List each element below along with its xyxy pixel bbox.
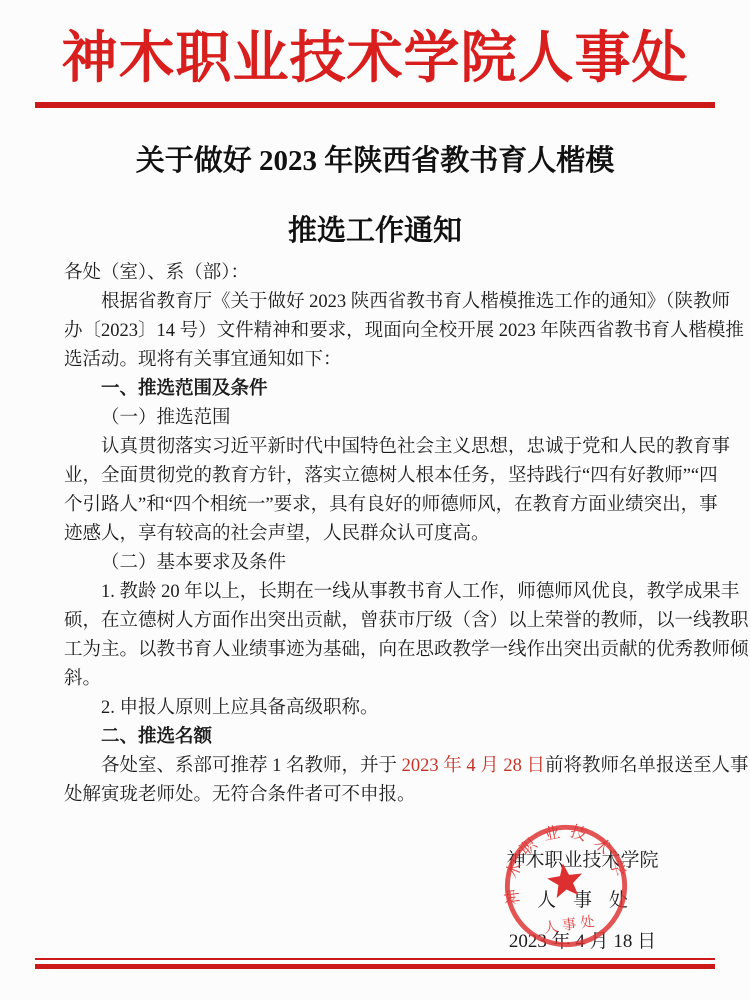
body-line: 业，全面贯彻党的教育方针，落实立德树人根本任务，坚持践行“四有好教师”“四 [64,462,750,491]
signature-org: 神木职业技术学院 [470,845,695,872]
red-separator-bottom-thick [35,964,715,969]
body-line: 工为主。以教书育人业绩事迹为基础，向在思政教学一线作出突出贡献的优秀教师倾 [64,636,750,665]
body-line: 硕，在立德树人方面作出突出贡献，曾获市厅级（含）以上荣誉的教师，以一线教职 [64,607,750,636]
body-line: 认真贯彻落实习近平新时代中国特色社会主义思想，忠诚于党和人民的教育事 [64,433,750,462]
red-separator-top [35,102,715,108]
body-text-segment: 前将教师名单报送至人事 [545,756,749,776]
document-title-line2: 推选工作通知 [0,208,750,249]
body-line: （一）推选范围 [64,404,750,433]
body-line: 处解寅珑老师处。无符合条件者可不申报。 [64,781,750,810]
body-line: 斜。 [64,665,750,694]
body-line: 选活动。现将有关事宜通知如下： [64,346,750,375]
body-line: 迹感人，享有较高的社会声望，人民群众认可度高。 [64,520,750,549]
red-separator-bottom-thin [35,958,715,960]
deadline-date-highlight: 2023 年 4 月 28 日 [402,756,545,776]
body-line: 个引路人”和“四个相统一”要求，具有良好的师德师风，在教育方面业绩突出，事 [64,491,750,520]
body-line: 各处室、系部可推荐 1 名教师，并于 2023 年 4 月 28 日前将教师名单… [64,752,750,781]
body-line: 一、推选范围及条件 [64,375,750,404]
signature-dept: 人事处 [470,885,695,912]
document-title-line1: 关于做好 2023 年陕西省教书育人楷模 [0,138,750,179]
body-text-segment: 各处室、系部可推荐 1 名教师，并于 [101,756,402,776]
body-line: 2. 申报人原则上应具备高级职称。 [64,694,750,723]
body-line: 1. 教龄 20 年以上，长期在一线从事教书育人工作，师德师风优良，教学成果丰 [64,578,750,607]
signature-block: 神木职业技术学院 人事处 2023 年 4 月 18 日 [470,845,695,953]
document-page: 神木职业技术学院人事处 关于做好 2023 年陕西省教书育人楷模 推选工作通知 … [0,0,750,1000]
body-line: （二）基本要求及条件 [64,549,750,578]
document-body: 各处（室）、系（部）：根据省教育厅《关于做好 2023 陕西省教书育人楷模推选工… [64,259,750,810]
body-line: 办〔2023〕14 号）文件精神和要求，现面向全校开展 2023 年陕西省教书育… [64,317,750,346]
body-line: 根据省教育厅《关于做好 2023 陕西省教书育人楷模推选工作的通知》（陕教师 [64,288,750,317]
body-line: 二、推选名额 [64,723,750,752]
body-line: 各处（室）、系（部）： [64,259,750,288]
signature-date: 2023 年 4 月 18 日 [470,926,695,953]
letterhead-org-title: 神木职业技术学院人事处 [0,14,750,94]
